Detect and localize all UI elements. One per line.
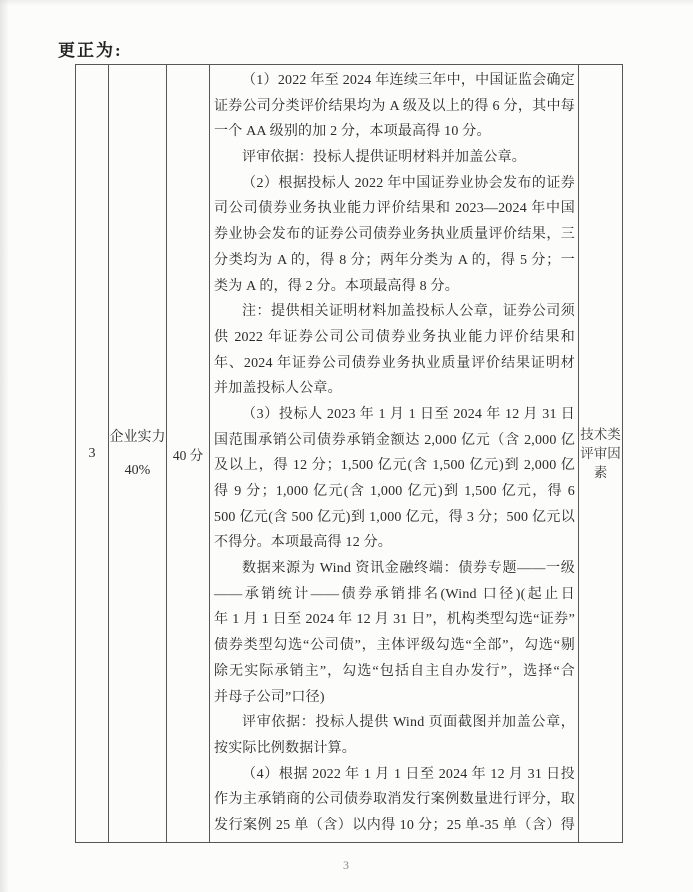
text-line: 评审依据：投标人提供证明材料并加盖公章。	[214, 145, 575, 171]
text-line: 年、2024 年证券公司债券业务执业质量评价结果证明材料，	[214, 351, 575, 377]
page-number: 3	[0, 858, 693, 873]
text-line: 券业协会发布的证券公司债券业务执业质量评价结果，三年	[214, 222, 575, 248]
score-cell: 40 分	[167, 65, 210, 842]
text-line: （2）根据投标人 2022 年中国证券业协会发布的证券公	[214, 171, 575, 197]
text-line: 500 亿元(含 500 亿元)到 1,000 亿元，得 3 分；500 亿元以…	[214, 505, 575, 531]
text-line: 类为 A 的，得 2 分。本项最高得 8 分。	[214, 274, 575, 300]
text-line: 并加盖投标人公章。	[214, 376, 575, 402]
text-line: 得 9 分；1,000 亿元(含 1,000 亿元)到 1,500 亿元，得 6…	[214, 479, 575, 505]
text-line: 除无实际承销主”，勾选“包括自主自办发行”，选择“合	[214, 659, 575, 685]
text-line: 司公司债券业务执业能力评价结果和 2023—2024 年中国证	[214, 196, 575, 222]
text-line: 注：提供相关证明材料加盖投标人公章，证券公司须提	[214, 299, 575, 325]
text-line: ——承销统计——债券承销排名(Wind 口径)(起止日期“2023	[214, 582, 575, 608]
text-line: 一个 AA 级别的加 2 分，本项最高得 10 分。	[214, 119, 575, 145]
category-label: 技术类评审因素	[580, 425, 622, 482]
text-line: 不得分。本项最高得 12 分。	[214, 530, 575, 556]
row-number: 3	[89, 446, 96, 462]
text-line: （4）根据 2022 年 1 月 1 日至 2024 年 12 月 31 日投标…	[214, 762, 575, 788]
row-number-cell: 3	[76, 65, 109, 842]
text-line: 并母子公司”口径)	[214, 685, 575, 711]
text-line: （3）投标人 2023 年 1 月 1 日至 2024 年 12 月 31 日在…	[214, 402, 575, 428]
text-line: （1）2022 年至 2024 年连续三年中，中国证监会确定的	[214, 68, 575, 94]
criteria-weight-pct: 40%	[125, 454, 151, 487]
text-line: 国范围承销公司债券承销金额达 2,000 亿元（含 2,000 亿元）	[214, 428, 575, 454]
criteria-detail-cell: （1）2022 年至 2024 年连续三年中，中国证监会确定的证券公司分类评价结…	[210, 65, 579, 842]
text-line: 作为主承销商的公司债券取消发行案例数量进行评分，取消	[214, 787, 575, 813]
text-line: 及以上，得 12 分；1,500 亿元(含 1,500 亿元)到 2,000 亿…	[214, 453, 575, 479]
score-label: 40 分	[173, 444, 203, 464]
text-line: 按实际比例数据计算。	[214, 736, 575, 762]
criteria-text: （1）2022 年至 2024 年连续三年中，中国证监会确定的证券公司分类评价结…	[214, 68, 575, 839]
correction-heading: 更正为:	[58, 36, 123, 61]
text-line: 发行案例 25 单（含）以内得 10 分；25 单-35 单（含）得 7	[214, 813, 575, 839]
criteria-name: 企业实力	[110, 421, 166, 454]
evaluation-table: 3 企业实力 40% 40 分 （1）2022 年至 2024 年连续三年中，中…	[75, 64, 623, 843]
text-line: 分类均为 A 的，得 8 分；两年分类为 A 的，得 5 分；一年分	[214, 248, 575, 274]
text-line: 年 1 月 1 日至 2024 年 12 月 31 日”，机构类型勾选“证券”	[214, 607, 575, 633]
document-page: 更正为: 3 企业实力 40% 40 分 （1）2022 年至 2024 年连续…	[0, 0, 693, 892]
criteria-name-cell: 企业实力 40%	[109, 65, 167, 842]
text-line: 供 2022 年证券公司公司债券业务执业能力评价结果和 2023	[214, 325, 575, 351]
text-line: 债券类型勾选“公司债”，主体评级勾选“全部”，勾选“剔	[214, 633, 575, 659]
category-cell: 技术类评审因素	[579, 65, 622, 842]
text-line: 证券公司分类评价结果均为 A 级及以上的得 6 分，其中每有	[214, 94, 575, 120]
text-line: 评审依据：投标人提供 Wind 页面截图并加盖公章，联主	[214, 710, 575, 736]
text-line: 数据来源为 Wind 资讯金融终端：债券专题——一级市场	[214, 556, 575, 582]
